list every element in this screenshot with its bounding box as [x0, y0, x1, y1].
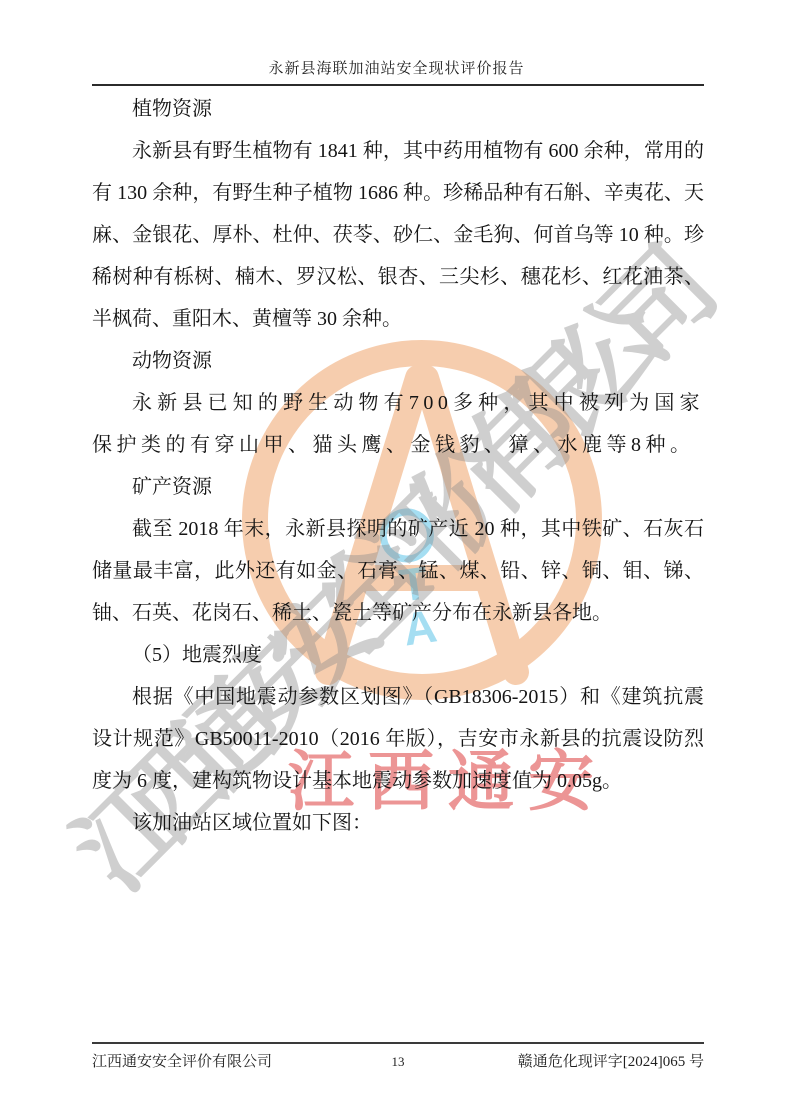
footer-divider — [92, 1042, 704, 1044]
section-heading-seismic: （5）地震烈度 — [92, 634, 704, 676]
section-heading-minerals: 矿产资源 — [92, 466, 704, 508]
closing-line: 该加油站区域位置如下图： — [92, 802, 704, 844]
report-header-title: 永新县海联加油站安全现状评价报告 — [0, 57, 793, 78]
paragraph-plants: 永新县有野生植物有 1841 种，其中药用植物有 600 余种，常用的有 130… — [92, 130, 704, 340]
document-body: 植物资源 永新县有野生植物有 1841 种，其中药用植物有 600 余种，常用的… — [92, 88, 704, 844]
section-heading-animals: 动物资源 — [92, 340, 704, 382]
footer-page-number: 13 — [368, 1054, 428, 1070]
footer-doc-number: 赣通危化现评字[2024]065 号 — [428, 1050, 704, 1071]
section-heading-plants: 植物资源 — [92, 88, 704, 130]
footer-company: 江西通安安全评价有限公司 — [92, 1050, 368, 1071]
paragraph-seismic: 根据《中国地震动参数区划图》（GB18306-2015）和《建筑抗震设计规范》G… — [92, 676, 704, 802]
header-divider — [92, 84, 704, 86]
page-footer: 江西通安安全评价有限公司 13 赣通危化现评字[2024]065 号 — [92, 1050, 704, 1071]
paragraph-minerals: 截至 2018 年末，永新县探明的矿产近 20 种，其中铁矿、石灰石储量最丰富，… — [92, 508, 704, 634]
paragraph-animals: 永新县已知的野生动物有700多种，其中被列为国家保护类的有穿山甲、猫头鹰、金钱豹… — [92, 382, 704, 466]
